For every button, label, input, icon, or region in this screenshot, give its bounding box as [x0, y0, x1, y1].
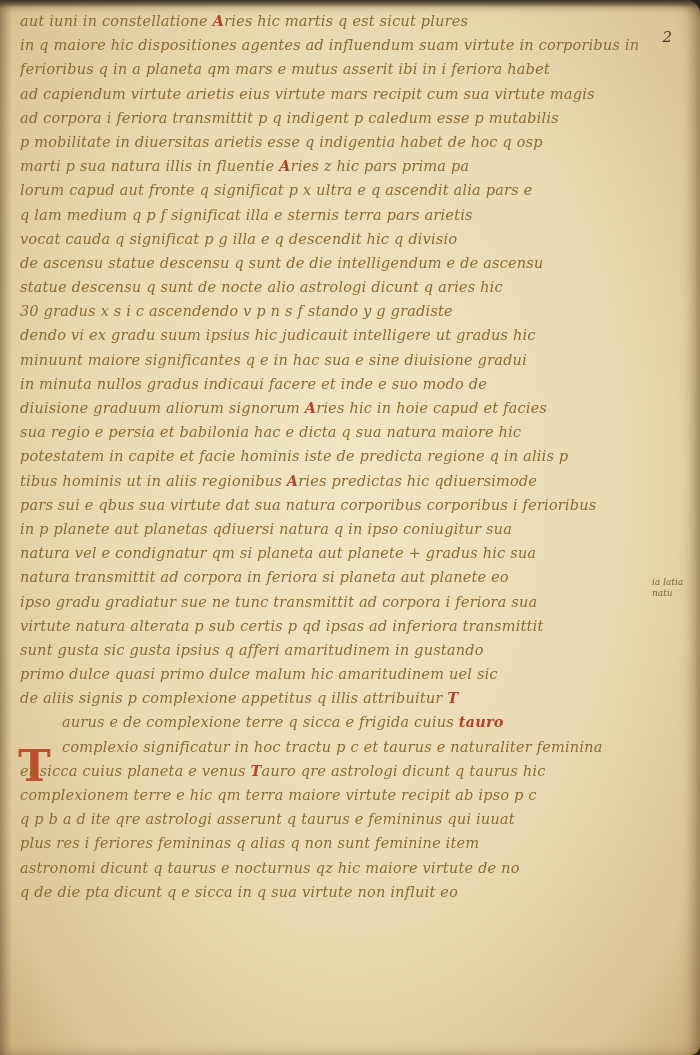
text-line: minuunt maiore significantes q e in hac … [20, 349, 670, 373]
text-line: ferioribus q in a planeta qm mars e mutu… [20, 58, 670, 82]
line-text: natura transmittit ad corpora in feriora… [20, 570, 509, 586]
line-text: q lam medium q p f significat illa e ste… [20, 208, 473, 224]
rubric-capital: T [447, 690, 458, 707]
manuscript-text: aut iuni in constellatione Aries hic mar… [20, 10, 670, 905]
line-text: ipso gradu gradiatur sue ne tunc transmi… [20, 595, 537, 611]
line-text: in q maiore hic dispositiones agentes ad… [20, 38, 639, 54]
text-line: primo dulce quasi primo dulce malum hic … [20, 663, 670, 687]
text-line: tibus hominis ut in aliis regionibus Ari… [20, 470, 670, 494]
text-line: marti p sua natura illis in fluentie Ari… [20, 155, 670, 179]
rubric-capital: A [305, 400, 316, 417]
blank-lower-margin [0, 945, 700, 1055]
text-line: dendo vi ex gradu suum ipsius hic judica… [20, 324, 670, 348]
line-text: sua regio e persia et babilonia hac e di… [20, 425, 521, 441]
text-line: in p planete aut planetas qdiuersi natur… [20, 518, 670, 542]
rubric-capital: A [213, 13, 224, 30]
line-text: lorum capud aut fronte q significat p x … [20, 183, 532, 199]
text-line: sua regio e persia et babilonia hac e di… [20, 421, 670, 445]
line-text: q de die pta dicunt q e sicca in q sua v… [20, 885, 458, 901]
line-text: complexionem terre e hic qm terra maiore… [20, 788, 537, 804]
line-text: virtute natura alterata p sub certis p q… [20, 619, 544, 635]
text-line: vocat cauda q significat p g illa e q de… [20, 228, 670, 252]
line-text: natura vel e condignatur qm si planeta a… [20, 546, 536, 562]
binding-shadow [0, 0, 700, 8]
text-line: 30 gradus x s i c ascendendo v p n s f s… [20, 300, 670, 324]
line-text: ries hic martis q est sicut plures [224, 14, 468, 30]
line-text: ries hic in hoie capud et facies [316, 401, 547, 417]
line-text: ad capiendum virtute arietis eius virtut… [20, 87, 595, 103]
text-line: ipso gradu gradiatur sue ne tunc transmi… [20, 591, 670, 615]
text-line: virtute natura alterata p sub certis p q… [20, 615, 670, 639]
text-line: et sicca cuius planeta e venus Tauro qre… [20, 760, 670, 784]
line-text: ad corpora i feriora transmittit p q ind… [20, 111, 559, 127]
line-text: q p b a d ite qre astrologi asserunt q t… [20, 812, 515, 828]
line-text: potestatem in capite et facie hominis is… [20, 449, 568, 465]
line-text: complexio significatur in hoc tractu p c… [62, 740, 603, 756]
text-line: q p b a d ite qre astrologi asserunt q t… [20, 808, 670, 832]
text-line: plus res i feriores femininas q alias q … [20, 832, 670, 856]
text-line: complexio significatur in hoc tractu p c… [20, 736, 670, 760]
line-text: 30 gradus x s i c ascendendo v p n s f s… [20, 304, 453, 320]
line-text: aurus e de complexione terre q sicca e f… [62, 715, 459, 731]
rubric-capital: A [287, 473, 298, 490]
text-line: lorum capud aut fronte q significat p x … [20, 179, 670, 203]
line-text: pars sui e qbus sua virtute dat sua natu… [20, 498, 596, 514]
line-text: de aliis signis p complexione appetitus … [20, 691, 447, 707]
line-text: primo dulce quasi primo dulce malum hic … [20, 667, 498, 683]
line-text: aut iuni in constellatione [20, 14, 213, 30]
text-line: natura transmittit ad corpora in feriora… [20, 566, 670, 590]
text-line: natura vel e condignatur qm si planeta a… [20, 542, 670, 566]
text-line: statue descensu q sunt de nocte alio ast… [20, 276, 670, 300]
text-line: ad corpora i feriora transmittit p q ind… [20, 107, 670, 131]
line-text: diuisione graduum aliorum signorum [20, 401, 305, 417]
text-line: de ascensu statue descensu q sunt de die… [20, 252, 670, 276]
text-line: diuisione graduum aliorum signorum Aries… [20, 397, 670, 421]
text-line: complexionem terre e hic qm terra maiore… [20, 784, 670, 808]
text-line: p mobilitate in diuersitas arietis esse … [20, 131, 670, 155]
text-line: q lam medium q p f significat illa e ste… [20, 204, 670, 228]
text-line: in minuta nullos gradus indicaui facere … [20, 373, 670, 397]
text-line: aut iuni in constellatione Aries hic mar… [20, 10, 670, 34]
text-line: sunt gusta sic gusta ipsius q afferi ama… [20, 639, 670, 663]
line-text: astronomi dicunt q taurus e nocturnus qz… [20, 861, 520, 877]
rubric-capital: tauro [459, 714, 504, 731]
text-line: potestatem in capite et facie hominis is… [20, 445, 670, 469]
text-line: in q maiore hic dispositiones agentes ad… [20, 34, 670, 58]
line-text: dendo vi ex gradu suum ipsius hic judica… [20, 328, 536, 344]
text-line: astronomi dicunt q taurus e nocturnus qz… [20, 857, 670, 881]
line-text: marti p sua natura illis in fluentie [20, 159, 279, 175]
text-line: ad capiendum virtute arietis eius virtut… [20, 83, 670, 107]
text-line: q de die pta dicunt q e sicca in q sua v… [20, 881, 670, 905]
line-text: ries z hic pars prima pa [291, 159, 470, 175]
line-text: sunt gusta sic gusta ipsius q afferi ama… [20, 643, 484, 659]
line-text: p mobilitate in diuersitas arietis esse … [20, 135, 543, 151]
line-text: ferioribus q in a planeta qm mars e mutu… [20, 62, 550, 78]
text-line: aurus e de complexione terre q sicca e f… [20, 711, 670, 735]
line-text: tibus hominis ut in aliis regionibus [20, 474, 287, 490]
line-text: auro qre astrologi dicunt q taurus hic [262, 764, 546, 780]
line-text: et sicca cuius planeta e venus [20, 764, 251, 780]
line-text: de ascensu statue descensu q sunt de die… [20, 256, 543, 272]
line-text: in minuta nullos gradus indicaui facere … [20, 377, 487, 393]
rubric-capital: T [251, 763, 262, 780]
line-text: statue descensu q sunt de nocte alio ast… [20, 280, 503, 296]
text-line: de aliis signis p complexione appetitus … [20, 687, 670, 711]
line-text: vocat cauda q significat p g illa e q de… [20, 232, 457, 248]
line-text: ries predictas hic qdiuersimode [298, 474, 537, 490]
rubric-capital: A [279, 158, 290, 175]
line-text: plus res i feriores femininas q alias q … [20, 836, 479, 852]
manuscript-page: 2 T ia latia natu aut iuni in constellat… [0, 0, 700, 1055]
text-line: pars sui e qbus sua virtute dat sua natu… [20, 494, 670, 518]
line-text: in p planete aut planetas qdiuersi natur… [20, 522, 512, 538]
line-text: minuunt maiore significantes q e in hac … [20, 353, 527, 369]
